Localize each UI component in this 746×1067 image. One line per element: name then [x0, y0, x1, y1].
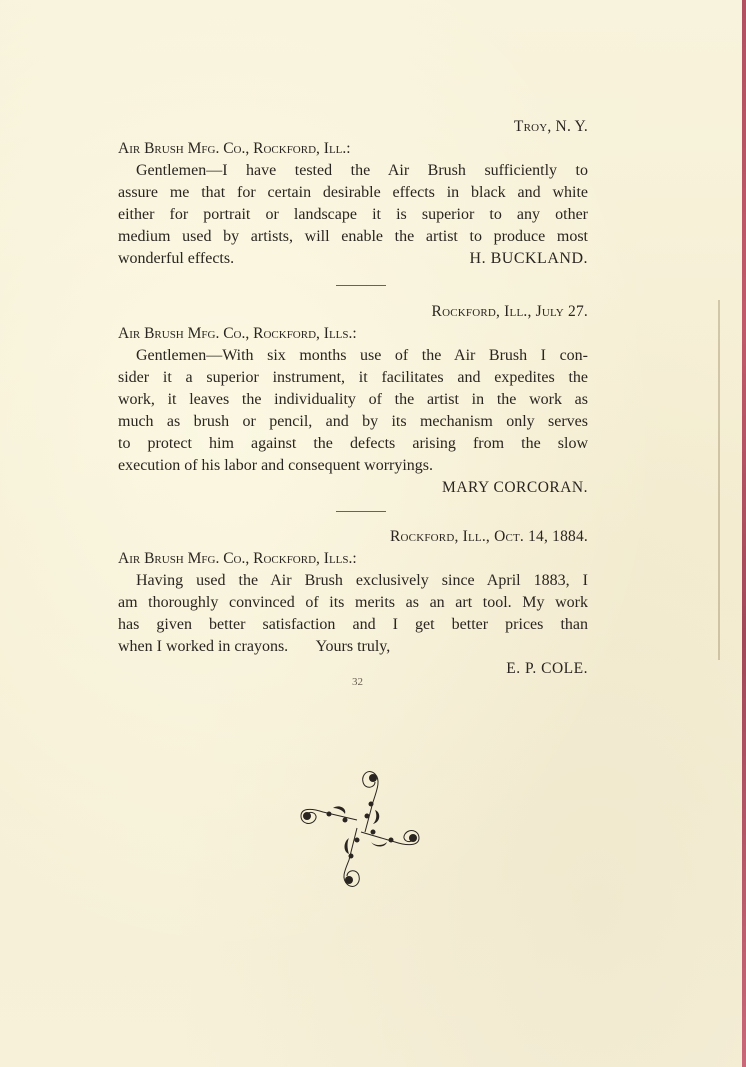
body-line: execution of his labor and consequent wo…: [118, 455, 588, 477]
letter-signature: MARY CORCORAN.: [118, 477, 588, 499]
body-line: wonderful effects. H. BUCKLAND.: [118, 248, 588, 270]
letter-signature: H. BUCKLAND.: [470, 248, 588, 270]
letter-salutation: Air Brush Mfg. Co., Rockford, Ills.:: [118, 548, 588, 570]
letter-salutation: Air Brush Mfg. Co., Rockford, Ill.:: [118, 138, 588, 160]
separator-rule: [336, 511, 386, 512]
page-crease: [718, 300, 720, 660]
body-line: sider it a superior instrument, it facil…: [118, 367, 588, 389]
body-line: work, it leaves the individuality of the…: [118, 389, 588, 411]
body-line: to protect him against the defects arisi…: [118, 433, 588, 455]
testimonial-letter-3: Rockford, Ill., Oct. 14, 1884. Air Brush…: [118, 526, 588, 680]
document-page: Troy, N. Y. Air Brush Mfg. Co., Rockford…: [0, 0, 746, 1067]
body-line: am thoroughly convinced of its merits as…: [118, 592, 588, 614]
letter-body: Gentlemen—With six months use of the Air…: [118, 345, 588, 477]
body-line: Gentlemen—With six months use of the Air…: [118, 345, 588, 367]
letter-place: Rockford, Ill., Oct. 14, 1884.: [118, 526, 588, 548]
letter-place: Troy, N. Y.: [118, 116, 588, 138]
body-line: has given better satisfaction and I get …: [118, 614, 588, 636]
body-line: Having used the Air Brush exclusively si…: [118, 570, 588, 592]
body-line: when I worked in crayons. Yours truly,: [118, 636, 588, 658]
body-line: much as brush or pencil, and by its mech…: [118, 411, 588, 433]
testimonial-letter-1: Troy, N. Y. Air Brush Mfg. Co., Rockford…: [118, 116, 588, 270]
separator-rule: [336, 285, 386, 286]
body-line: either for portrait or landscape it is s…: [118, 204, 588, 226]
fleuron-cross-icon: [295, 762, 425, 892]
page-number: 32: [352, 676, 363, 688]
letter-body: Gentlemen—I have tested the Air Brush su…: [118, 160, 588, 270]
body-line: Gentlemen—I have tested the Air Brush su…: [118, 160, 588, 182]
testimonial-letter-2: Rockford, Ill., July 27. Air Brush Mfg. …: [118, 301, 588, 499]
body-line: medium used by artists, will enable the …: [118, 226, 588, 248]
letter-body: Having used the Air Brush exclusively si…: [118, 570, 588, 658]
cover-edge: [742, 0, 746, 1067]
body-line-text: wonderful effects.: [118, 250, 234, 267]
body-line: assure me that for certain desirable eff…: [118, 182, 588, 204]
letter-salutation: Air Brush Mfg. Co., Rockford, Ills.:: [118, 323, 588, 345]
letter-place: Rockford, Ill., July 27.: [118, 301, 588, 323]
